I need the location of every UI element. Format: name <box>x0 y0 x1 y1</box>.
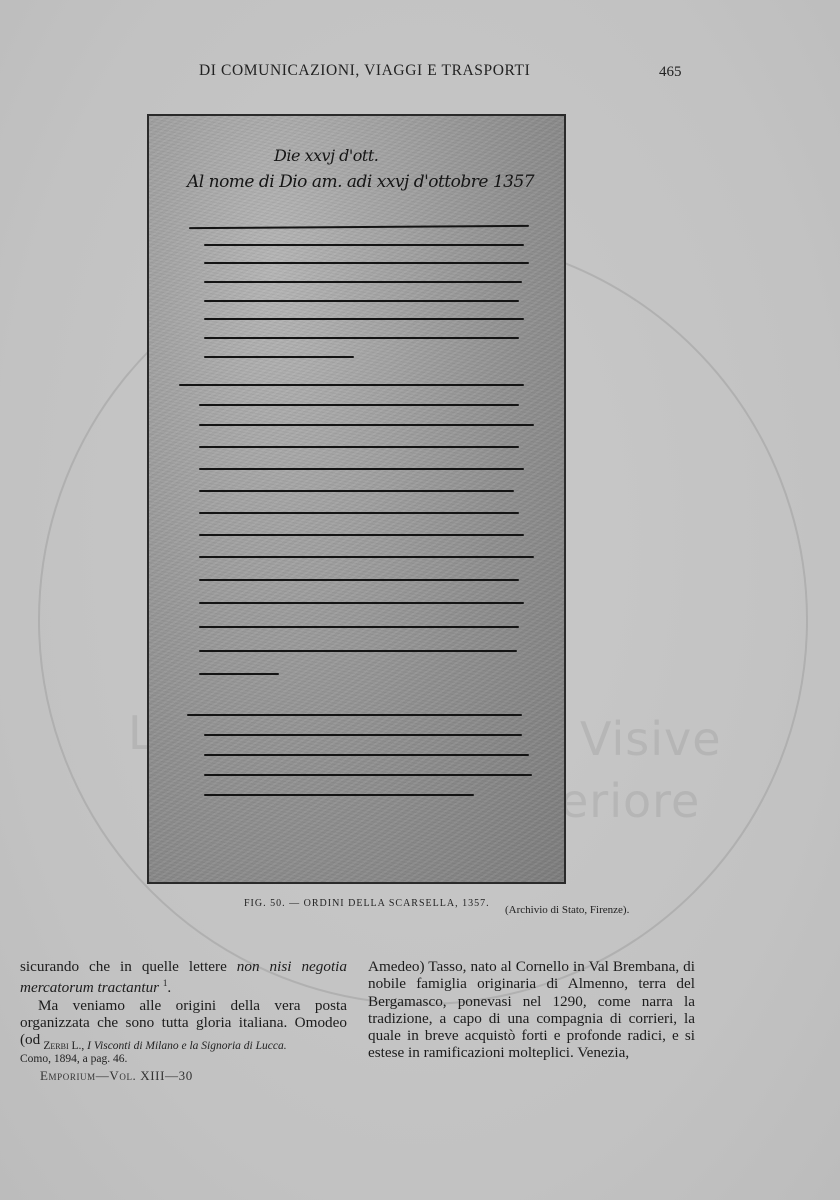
handwriting-line <box>199 650 517 652</box>
footnote-publication: Como, 1894, a pag. 46. <box>20 1053 127 1065</box>
handwriting-line <box>189 225 529 229</box>
handwriting-line <box>204 754 529 756</box>
watermark-text-right-2: eriore <box>560 774 700 828</box>
handwriting-line <box>204 244 524 246</box>
handwriting-line <box>199 512 519 514</box>
watermark-text-right-1: Visive <box>580 712 722 766</box>
handwriting-line <box>199 490 514 492</box>
handwriting-line <box>204 356 354 358</box>
paragraph-1-end: . <box>167 979 171 996</box>
handwriting-line <box>187 714 522 716</box>
handwriting-line <box>204 734 522 736</box>
handwriting-line <box>199 579 519 581</box>
handwriting-line <box>204 262 529 264</box>
page-number: 465 <box>659 64 682 81</box>
figure-source: (Archivio di Stato, Firenze). <box>505 904 629 916</box>
handwriting-line <box>204 300 519 302</box>
figure-number: FIG. 50. <box>244 898 286 909</box>
document-page: L Visive eriore DI COMUNICAZIONI, VIAGGI… <box>0 0 840 1200</box>
handwriting-line <box>179 384 524 386</box>
handwriting-line <box>199 673 279 675</box>
handwriting-line <box>199 404 519 406</box>
manuscript-heading-2: Al nome di Dio am. adi xxvj d'ottobre 13… <box>187 172 534 192</box>
handwriting-line <box>199 468 524 470</box>
footnote-author: Zerbi L., <box>43 1040 84 1052</box>
caption-dash: — <box>289 898 300 909</box>
handwriting-line <box>199 424 534 426</box>
handwriting-line <box>204 774 532 776</box>
handwriting-line <box>199 556 534 558</box>
handwriting-line <box>199 446 519 448</box>
printer-signature: Emporium—Vol. XIII—30 <box>40 1068 193 1084</box>
handwriting-line <box>204 281 522 283</box>
paragraph-right: Amedeo) Tasso, nato al Cornello in Val B… <box>368 958 695 1062</box>
figure-caption: FIG. 50. — ORDINI DELLA SCARSELLA, 1357. <box>244 898 490 909</box>
footnote: 1 Zerbi L., I Visconti di Milano e la Si… <box>20 1035 350 1066</box>
handwriting-line <box>204 794 474 796</box>
handwriting-line <box>204 318 524 320</box>
handwriting-line <box>204 337 519 339</box>
manuscript-heading-1: Die xxvj d'ott. <box>274 146 378 165</box>
handwriting-line <box>199 626 519 628</box>
paragraph-1-text: sicurando che in quelle lettere <box>20 958 237 975</box>
handwriting-line <box>199 602 524 604</box>
running-title: DI COMUNICAZIONI, VIAGGI E TRASPORTI <box>199 62 530 80</box>
footnote-marker: 1 <box>36 1036 41 1046</box>
footnote-title: I Visconti di Milano e la Signoria di Lu… <box>87 1040 286 1052</box>
handwriting-line <box>199 534 524 536</box>
body-column-right: Amedeo) Tasso, nato al Cornello in Val B… <box>368 958 695 1062</box>
caption-title: ORDINI DELLA SCARSELLA, 1357. <box>304 898 490 909</box>
manuscript-figure: Die xxvj d'ott. Al nome di Dio am. adi x… <box>147 114 566 884</box>
